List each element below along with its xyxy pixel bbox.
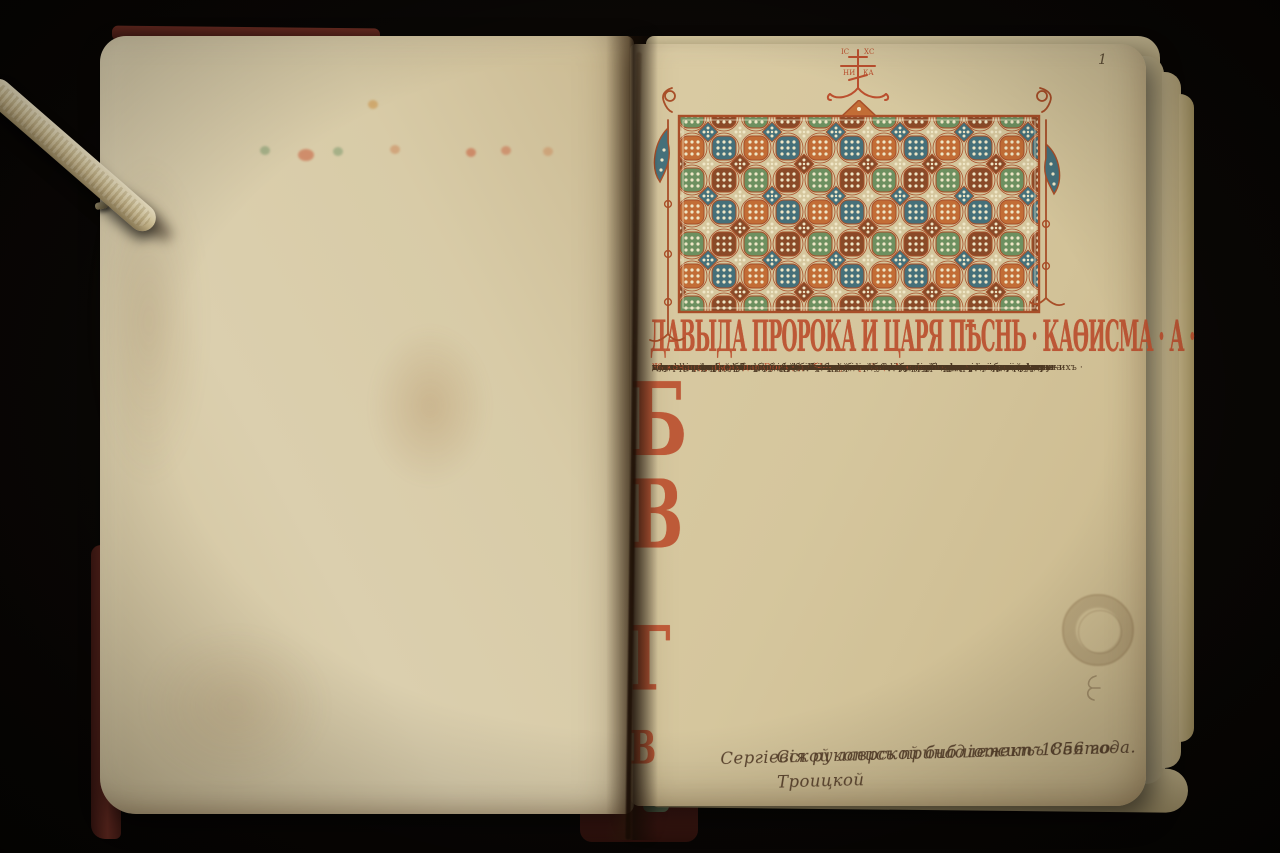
pigment-speck [298, 149, 314, 161]
cross-letters-ic: ІС [841, 48, 849, 56]
cross-letters-xc: ХС [864, 48, 874, 56]
body-text: еси · оущедри мя , и оуслыши молитву мою… [652, 362, 1057, 374]
left-blank-page [100, 36, 634, 814]
cross-finial-ornament: ІС ХС НИ КА [816, 42, 900, 108]
text-block: Ѱаломъ давидовъ · а · ненадписанъ оу евр… [652, 362, 1098, 748]
pigment-speck [368, 100, 378, 109]
right-pendant-ornament [1028, 84, 1074, 324]
pigment-speck [543, 147, 553, 156]
pigment-speck [466, 148, 476, 157]
folio-number: 1 [1098, 52, 1107, 68]
pigment-speck [501, 146, 511, 155]
left-pendant-ornament [642, 84, 686, 360]
psalter-title-vyaz: ДАВЫДА ПРОРОКА И ЦАРЯ ПѢСНЬ · КАѲИСМА · … [650, 312, 1195, 362]
water-stain-bottom [140, 626, 330, 786]
pigment-speck [333, 147, 343, 156]
right-manuscript-page: 1 ІС ХС НИ КА [630, 44, 1146, 806]
cross-letters-ka: КА [863, 69, 874, 77]
photo-of-open-manuscript: 1 ІС ХС НИ КА [0, 0, 1280, 853]
ink-showthrough-stain [370, 326, 490, 486]
pigment-speck [260, 146, 270, 155]
pigment-speck [390, 145, 400, 154]
illuminated-headpiece [676, 100, 1044, 318]
library-stamp [1062, 594, 1134, 666]
cross-letters-ni: НИ [843, 69, 855, 77]
ink-cipher-mark [1082, 672, 1108, 704]
fore-edge-pages-3 [1179, 94, 1194, 742]
library-stamp-inner-ring [1078, 610, 1122, 654]
